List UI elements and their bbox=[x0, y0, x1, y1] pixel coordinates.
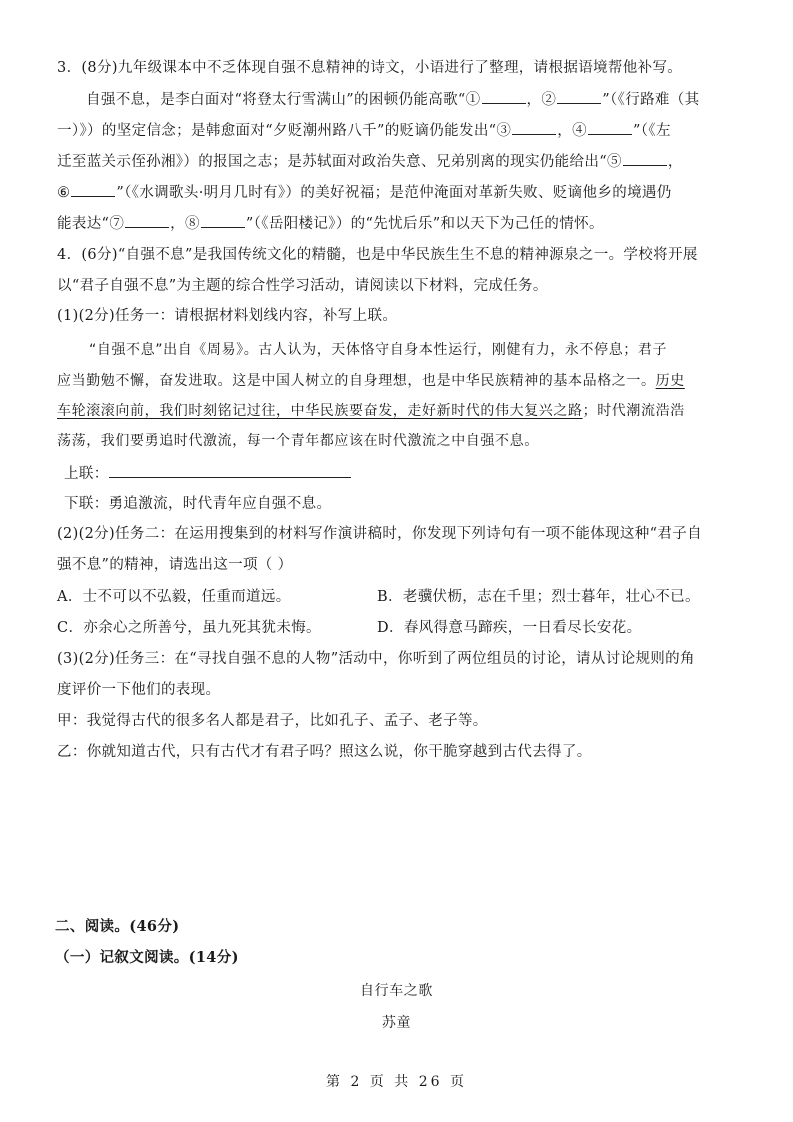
material-line-4: 荡荡，我们要勇追时代激流，每一个青年都应该在时代激流之中自强不息。 bbox=[57, 431, 539, 451]
q3-text: ”（《水调歌头·明月几时有》）的美好祝福；是范仲淹面对革新失败、贬谪他乡的境遇仍 bbox=[116, 185, 671, 201]
blank-1[interactable] bbox=[482, 91, 526, 104]
q3-text: ”（《行路难（其 bbox=[602, 92, 699, 108]
option-c[interactable]: C．亦余心之所善兮，虽九死其犹未悔。 bbox=[57, 618, 321, 638]
q3-paragraph-line-1: 自强不息，是李白面对“将登太行雪满山”的困顿仍能高歌“①，②”（《行路难（其 bbox=[86, 90, 699, 110]
blank-8[interactable] bbox=[201, 215, 245, 228]
material-line-1: “自强不息”出自《周易》。古人认为，天体恪守自身本性运行，刚健有力，永不停息；君… bbox=[89, 340, 667, 360]
section-title: 二、阅读。(46分) bbox=[55, 917, 179, 937]
article-author: 苏童 bbox=[0, 1013, 793, 1033]
q3-text: 一）》）的坚定信念；是韩愈面对“夕贬潮州路八千”的贬谪仍能发出“③ bbox=[57, 123, 511, 139]
blank-4[interactable] bbox=[588, 122, 632, 135]
q3-paragraph-line-5: 能表达“⑦，⑧”（《岳阳楼记》）的“先忧后乐”和以天下为己任的情怀。 bbox=[57, 214, 604, 234]
q3-text: ”（《左 bbox=[633, 123, 671, 139]
q3-text: 能表达“⑦ bbox=[57, 216, 124, 232]
task3-title-line-2: 度评价一下他们的表现。 bbox=[57, 680, 220, 700]
option-b[interactable]: B．老骥伏枥，志在千里；烈士暮年，壮心不已。 bbox=[377, 587, 700, 607]
q3-paragraph-line-4: ⑥”（《水调歌头·明月几时有》）的美好祝福；是范仲淹面对革新失败、贬谪他乡的境遇… bbox=[57, 183, 672, 203]
subsection-title: （一）记叙文阅读。(14分) bbox=[55, 948, 239, 968]
underlined-text: 车轮滚滚向前，我们时刻铭记过往，中华民族要奋发，走好新时代的伟大复兴之路 bbox=[57, 403, 583, 419]
q3-text: ⑥ bbox=[57, 185, 70, 201]
article-title: 自行车之歌 bbox=[0, 981, 793, 1001]
speaker-jia: 甲：我觉得古代的很多名人都是君子，比如孔子、孟子、老子等。 bbox=[57, 711, 488, 731]
task2-title-line-2: 强不息”的精神，请选出这一项（ ） bbox=[57, 555, 292, 575]
option-a[interactable]: A．士不可以不弘毅，任重而道远。 bbox=[57, 587, 291, 607]
q3-text: ，④ bbox=[557, 123, 587, 139]
blank-5[interactable] bbox=[623, 153, 667, 166]
q3-header: 3．(8分)九年级课本中不乏体现自强不息精神的诗文，小语进行了整理，请根据语境帮… bbox=[57, 58, 682, 78]
task2-title-line-1: (2)(2分)任务二：在运用搜集到的材料写作演讲稿时，你发现下列诗句有一项不能体… bbox=[57, 524, 702, 544]
blank-2[interactable] bbox=[557, 91, 601, 104]
q4-header-line-2: 以“君子自强不息”为主题的综合性学习活动，请阅读以下材料，完成任务。 bbox=[57, 276, 548, 296]
speaker-yi: 乙：你就知道古代，只有古代才有君子吗？照这么说，你干脆穿越到古代去得了。 bbox=[57, 742, 592, 762]
material-line-3: 车轮滚滚向前，我们时刻铭记过往，中华民族要奋发，走好新时代的伟大复兴之路；时代潮… bbox=[57, 401, 685, 421]
task1-title: (1)(2分)任务一：请根据材料划线内容，补写上联。 bbox=[57, 306, 397, 326]
q4-header-line-1: 4．(6分)“自强不息”是我国传统文化的精髓，也是中华民族生生不息的精神源泉之一… bbox=[57, 245, 698, 265]
material-text: 应当勤勉不懈，奋发进取。这是中国人树立的自身理想，也是中华民族精神的基本品格之一… bbox=[57, 373, 656, 389]
lower-couplet: 下联：勇追激流，时代青年应自强不息。 bbox=[64, 494, 331, 514]
q3-text: 自强不息，是李白面对“将登太行雪满山”的困顿仍能高歌“① bbox=[86, 92, 481, 108]
blank-7[interactable] bbox=[125, 215, 169, 228]
upper-couplet-label: 上联： bbox=[64, 466, 109, 482]
q3-paragraph-line-2: 一）》）的坚定信念；是韩愈面对“夕贬潮州路八千”的贬谪仍能发出“③，④”（《左 bbox=[57, 121, 671, 141]
material-text: ；时代潮流浩浩 bbox=[583, 403, 685, 419]
q3-text: ，⑧ bbox=[170, 216, 200, 232]
task3-title-line-1: (3)(2分)任务三：在“寻找自强不息的人物”活动中，你听到了两位组员的讨论，请… bbox=[57, 649, 695, 669]
upper-couplet-answer-line[interactable] bbox=[109, 463, 351, 478]
q3-text: ，② bbox=[527, 92, 557, 108]
blank-3[interactable] bbox=[512, 122, 556, 135]
option-d[interactable]: D．春风得意马蹄疾，一日看尽长安花。 bbox=[377, 618, 641, 638]
q3-text: ， bbox=[668, 154, 683, 170]
underlined-text: 历史 bbox=[656, 373, 685, 389]
upper-couplet-row: 上联： bbox=[64, 463, 351, 484]
blank-6[interactable] bbox=[71, 184, 115, 197]
q3-text: ”（《岳阳楼记》）的“先忧后乐”和以天下为己任的情怀。 bbox=[246, 216, 604, 232]
q3-paragraph-line-3: 迁至蓝关示侄孙湘》）的报国之志；是苏轼面对政治失意、兄弟别离的现实仍能给出“⑤， bbox=[57, 152, 683, 172]
material-line-2: 应当勤勉不懈，奋发进取。这是中国人树立的自身理想，也是中华民族精神的基本品格之一… bbox=[57, 371, 685, 391]
q3-text: 迁至蓝关示侄孙湘》）的报国之志；是苏轼面对政治失意、兄弟别离的现实仍能给出“⑤ bbox=[57, 154, 622, 170]
page-number: 第 2 页 共 26 页 bbox=[0, 1072, 793, 1092]
